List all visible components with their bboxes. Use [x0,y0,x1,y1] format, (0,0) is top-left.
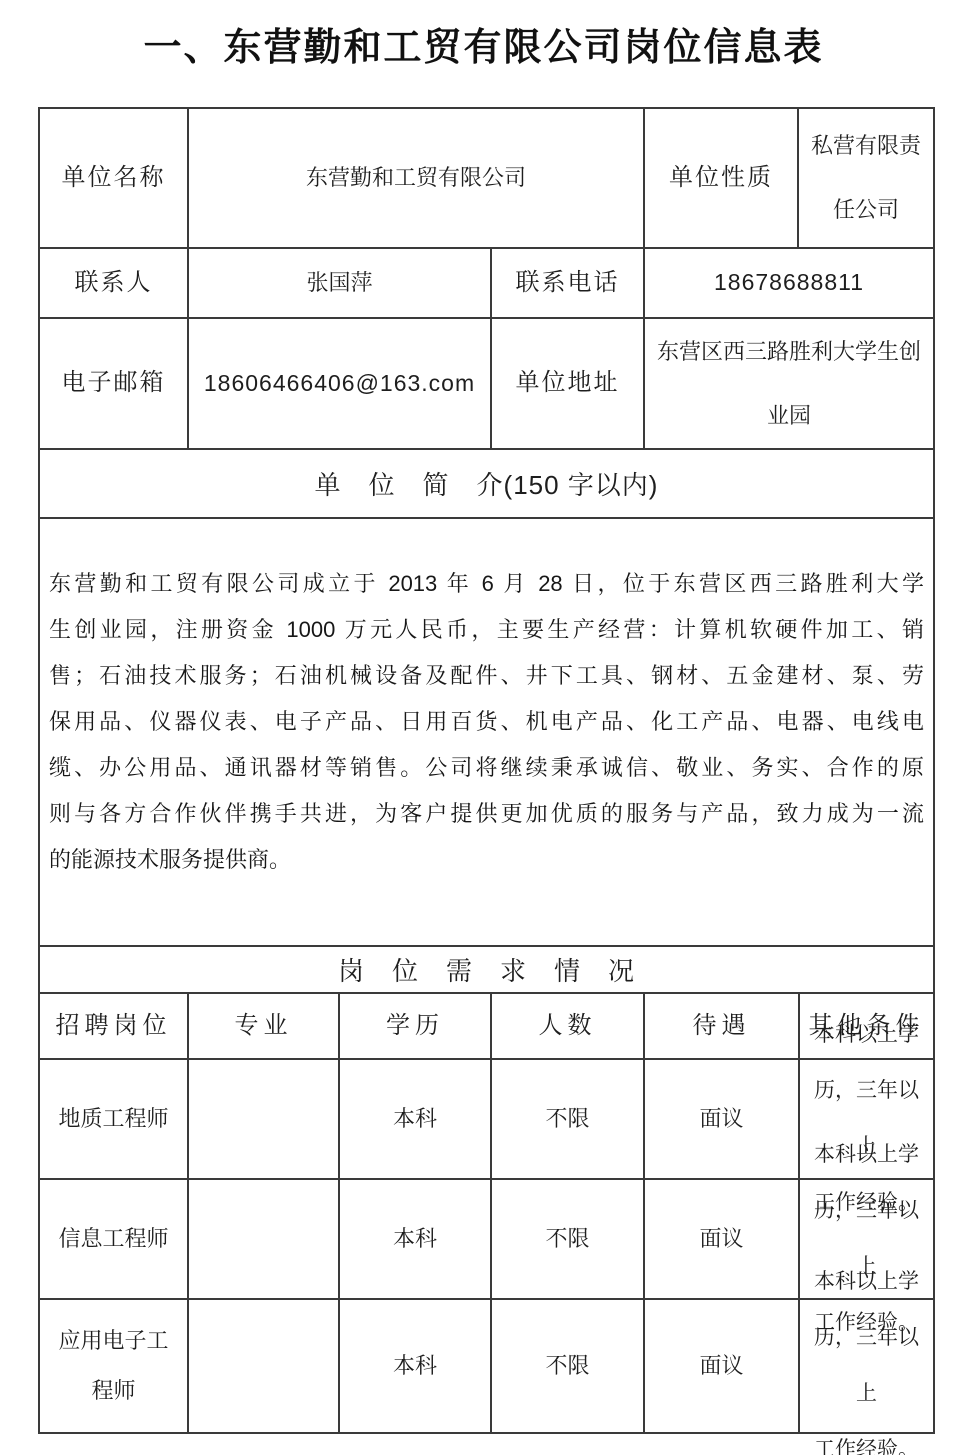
intro-line: 东营勤和工贸有限公司成立于 2013 年 6 月 28 日，位于东营区西三路胜利… [49,561,924,607]
unit-type-label: 单位性质 [645,109,799,247]
job-row: 地质工程师 本科 不限 面议 本科以上学 历，三年以上 工作经验。 [40,1060,933,1180]
col-major: 专业 [189,994,340,1058]
email-value: 18606466406@163.com [189,319,492,448]
job-other: 本科以上学 历，三年以上 工作经验。 [800,1300,933,1432]
job-education: 本科 [340,1060,492,1178]
job-education: 本科 [340,1300,492,1432]
intro-line: 的能源技术服务提供商。 [49,837,924,883]
job-major [189,1300,340,1432]
job-count: 不限 [492,1180,645,1298]
job-salary: 面议 [645,1300,800,1432]
contact-label: 联系人 [40,249,189,317]
address-value: 东营区西三路胜利大学生创 业园 [645,319,933,448]
unit-type-value: 私营有限责 任公司 [799,109,933,247]
jobs-section-title: 岗 位 需 求 情 况 [40,947,933,992]
page-title: 一、东营勤和工贸有限公司岗位信息表 [0,16,967,71]
job-major [189,1060,340,1178]
contact-value: 张国萍 [189,249,492,317]
email-label: 电子邮箱 [40,319,189,448]
col-education: 学历 [340,994,492,1058]
job-major [189,1180,340,1298]
intro-line: 保用品、仪器仪表、电子产品、日用百货、机电产品、化工产品、电器、电线电 [49,699,924,745]
unit-name-label: 单位名称 [40,109,189,247]
intro-line: 生创业园，注册资金 1000 万元人民币，主要生产经营：计算机软硬件加工、销 [49,607,924,653]
job-info-table: 单位名称 东营勤和工贸有限公司 单位性质 私营有限责 任公司 联系人 张国萍 联… [38,107,935,1434]
row-intro-header: 单 位 简 介(150 字以内) [40,450,933,519]
job-education: 本科 [340,1180,492,1298]
job-position: 应用电子工 程师 [40,1300,189,1432]
job-position: 信息工程师 [40,1180,189,1298]
job-salary: 面议 [645,1180,800,1298]
job-count: 不限 [492,1300,645,1432]
job-salary: 面议 [645,1060,800,1178]
address-label: 单位地址 [492,319,645,448]
jobs-table-header: 招聘岗位 专业 学历 人数 待遇 其他条件 [40,994,933,1060]
col-count: 人数 [492,994,645,1058]
intro-line: 则与各方合作伙伴携手共进，为客户提供更加优质的服务与产品，致力成为一流 [49,791,924,837]
intro-section-title: 单 位 简 介(150 字以内) [40,450,933,517]
row-intro-body: 东营勤和工贸有限公司成立于 2013 年 6 月 28 日，位于东营区西三路胜利… [40,519,933,947]
job-row: 信息工程师 本科 不限 面议 本科以上学 历，三年以上 工作经验。 [40,1180,933,1300]
phone-value: 18678688811 [645,249,933,317]
row-email-address: 电子邮箱 18606466406@163.com 单位地址 东营区西三路胜利大学… [40,319,933,450]
company-intro-paragraph: 东营勤和工贸有限公司成立于 2013 年 6 月 28 日，位于东营区西三路胜利… [40,519,933,883]
job-count: 不限 [492,1060,645,1178]
col-position: 招聘岗位 [40,994,189,1058]
unit-name-value: 东营勤和工贸有限公司 [189,109,645,247]
row-contact: 联系人 张国萍 联系电话 18678688811 [40,249,933,319]
row-jobs-header: 岗 位 需 求 情 况 [40,947,933,994]
col-salary: 待遇 [645,994,800,1058]
job-row: 应用电子工 程师 本科 不限 面议 本科以上学 历，三年以上 工作经验。 [40,1300,933,1432]
intro-line: 缆、办公用品、通讯器材等销售。公司将继续秉承诚信、敬业、务实、合作的原 [49,745,924,791]
row-unit-name: 单位名称 东营勤和工贸有限公司 单位性质 私营有限责 任公司 [40,109,933,249]
job-position: 地质工程师 [40,1060,189,1178]
intro-line: 售；石油技术服务；石油机械设备及配件、井下工具、钢材、五金建材、泵、劳 [49,653,924,699]
phone-label: 联系电话 [492,249,645,317]
